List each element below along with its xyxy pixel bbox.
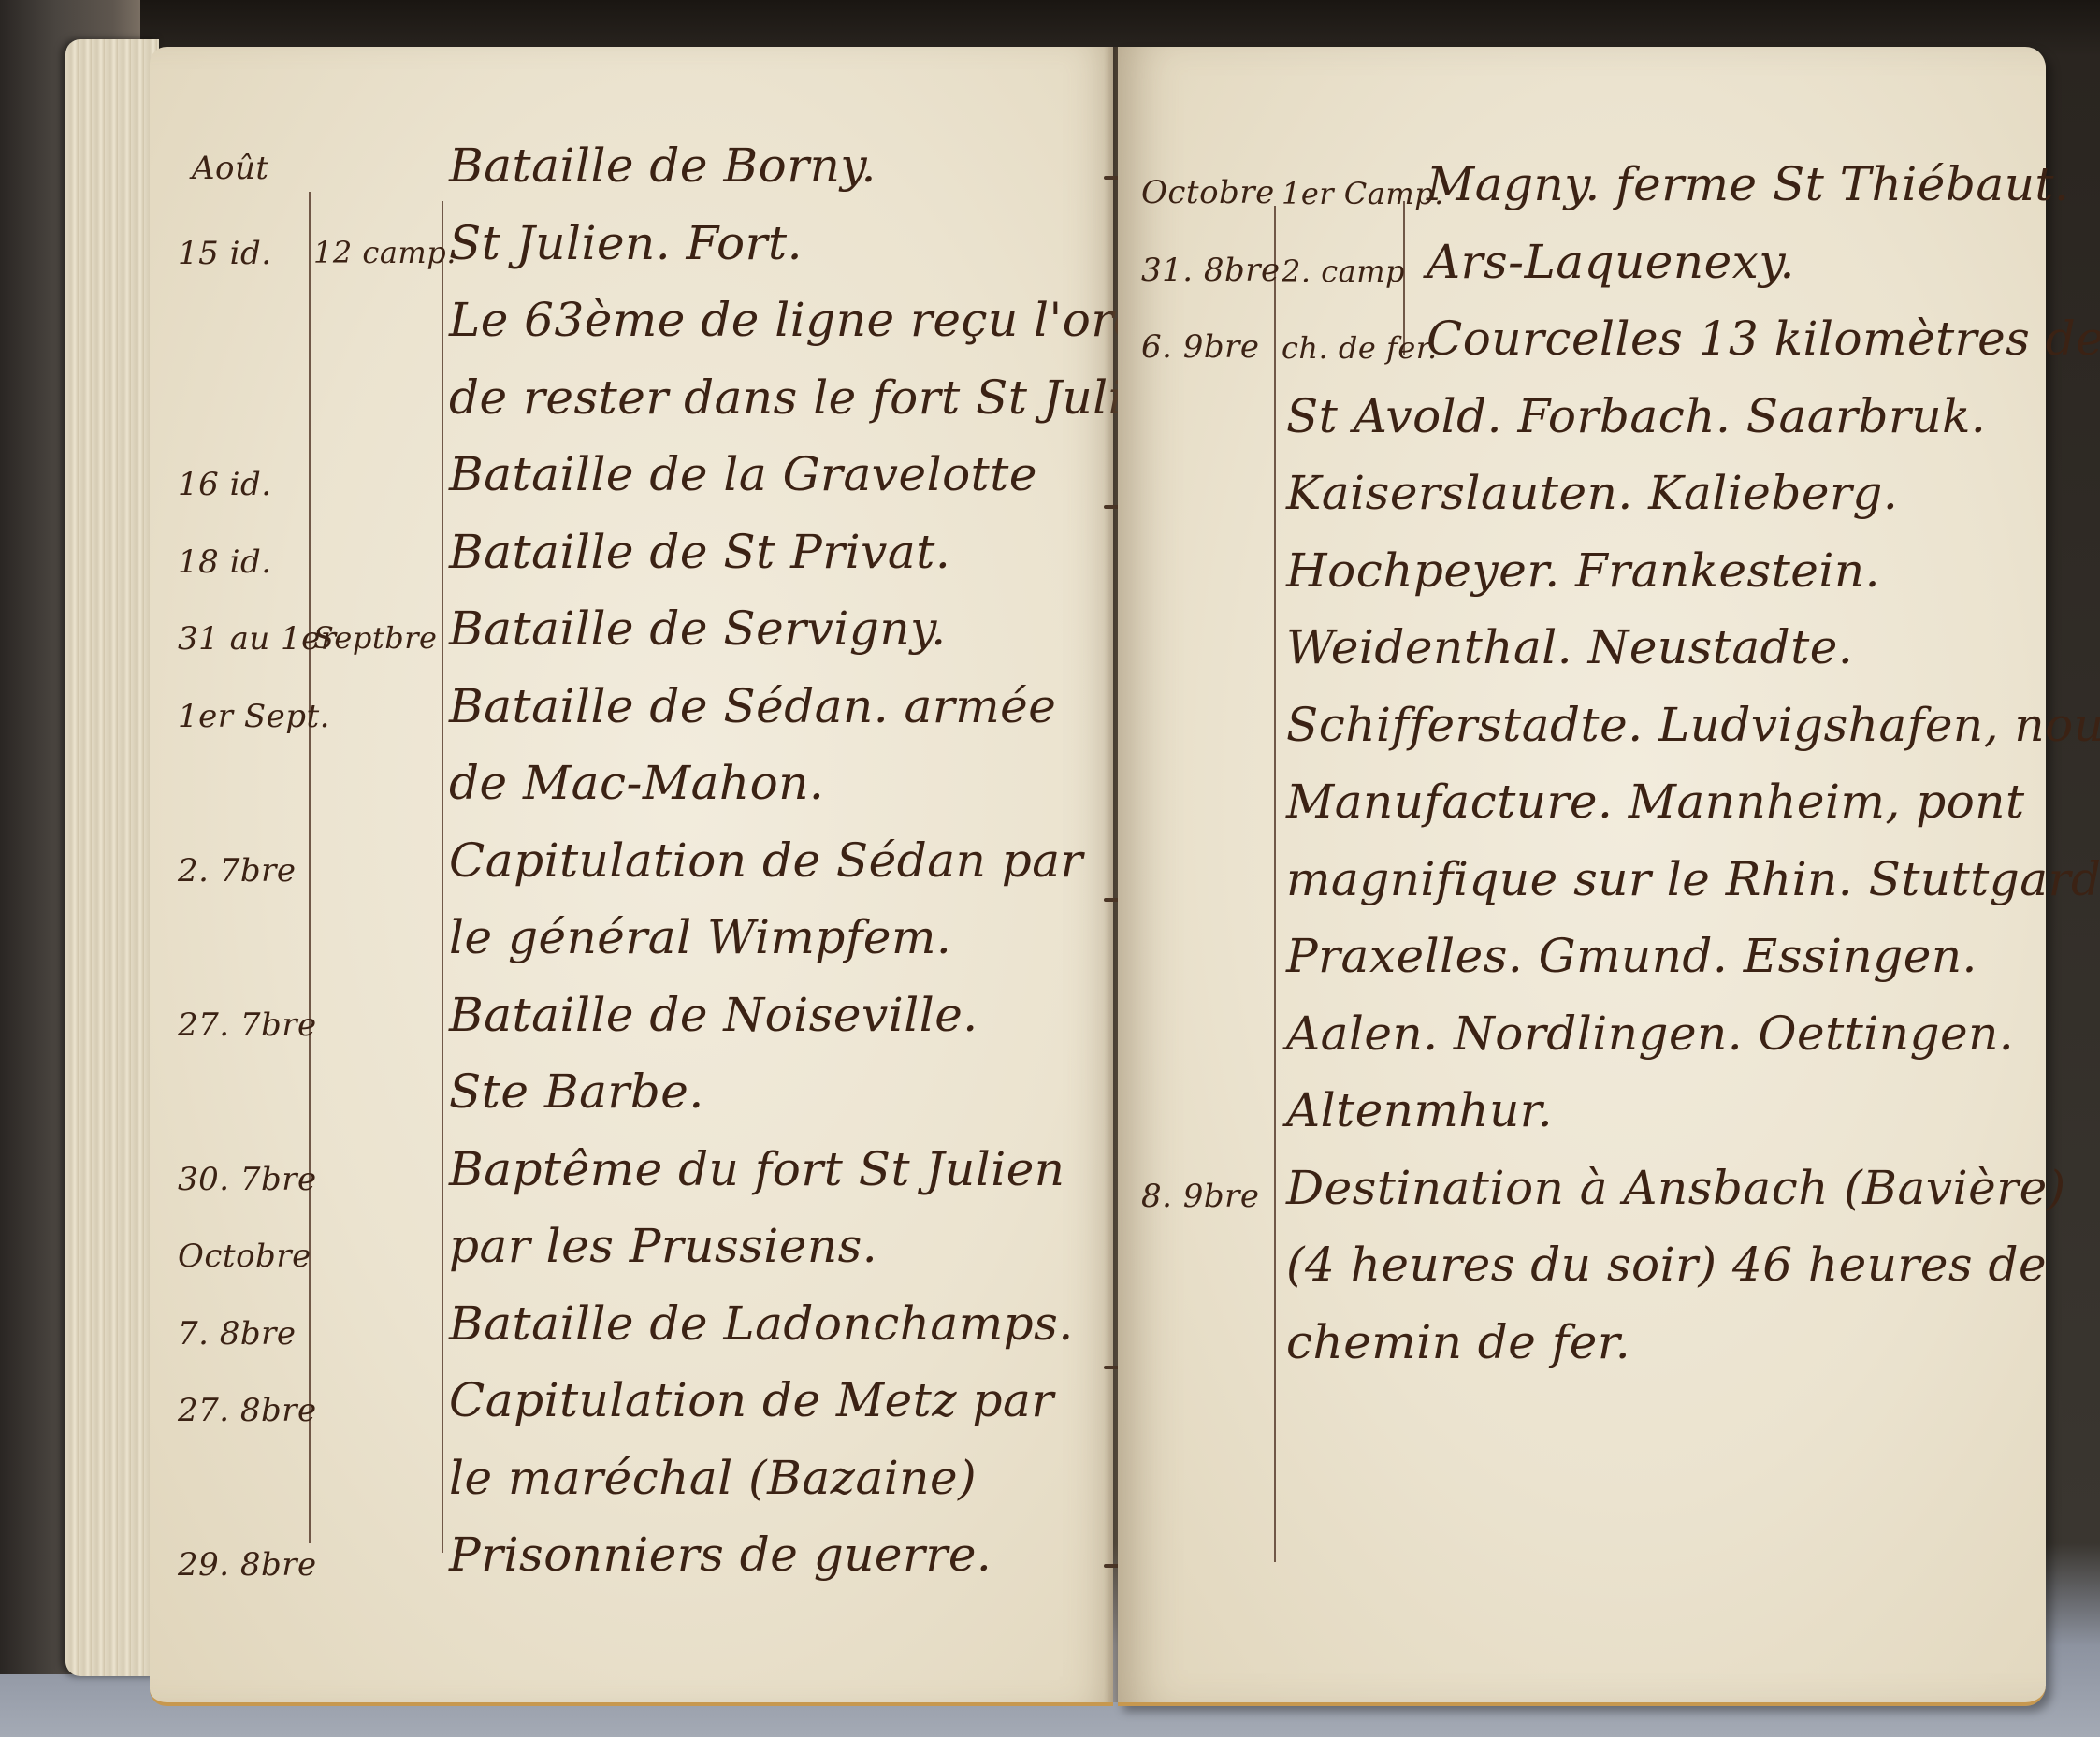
left-entry-text: le général Wimpfem. <box>449 910 951 964</box>
right-entry-text: Destination à Ansbach (Bavière) <box>1286 1161 2066 1215</box>
left-entry-text: Bataille de Ladonchamps. <box>449 1296 1074 1351</box>
left-entry-date: 16 id. <box>178 466 272 503</box>
left-entry-text: Bataille de Borny. <box>449 138 876 193</box>
right-entry-date: 6. 9bre <box>1141 328 1260 366</box>
left-entry-text: de rester dans le fort St Julien. <box>449 370 1197 425</box>
left-entry-date: Octobre <box>178 1238 311 1275</box>
right-entry-text: Weidenthal. Neustadte. <box>1286 620 1853 674</box>
right-entry-text: Manufacture. Mannheim, pont <box>1286 774 2025 829</box>
left-entry-text: Prisonniers de guerre. <box>449 1527 992 1582</box>
right-entry-text: Hochpeyer. Frankestein. <box>1286 543 1880 598</box>
left-entry-camp: Septbre <box>313 620 437 656</box>
right-entry-text: Altenmhur. <box>1286 1083 1553 1137</box>
right-entry-text: Magny. ferme St Thiébaut. <box>1427 157 2069 211</box>
left-entry-text: Capitulation de Metz par <box>449 1373 1054 1427</box>
left-entry-text: St Julien. Fort. <box>449 216 803 270</box>
right-entry-date: Octobre <box>1141 174 1275 211</box>
right-entry-text: Courcelles 13 kilomètres de Metz <box>1427 311 2100 366</box>
right-entry-text: St Avold. Forbach. Saarbruk. <box>1286 389 1986 443</box>
left-entry-text: Bataille de Sédan. armée <box>449 679 1056 733</box>
right-entry-text: chemin de fer. <box>1286 1315 1630 1369</box>
left-entry-date: 15 id. <box>178 235 272 272</box>
left-entry-text: le maréchal (Bazaine) <box>449 1451 977 1505</box>
left-entry-date: 2. 7bre <box>178 852 297 890</box>
right-entry-text: Praxelles. Gmund. Essingen. <box>1286 929 1977 983</box>
left-entry-text: Bataille de St Privat. <box>449 525 950 579</box>
right-entry-text: Aalen. Nordlingen. Oettingen. <box>1286 1006 2014 1061</box>
right-entry-camp: 1er Camp. <box>1282 176 1444 211</box>
left-entry-camp: 12 camp. <box>313 235 456 270</box>
right-entry-text: Kaiserslauten. Kalieberg. <box>1286 466 1898 520</box>
left-entry-text: Bataille de Noiseville. <box>449 988 978 1042</box>
left-camp-column-rule <box>442 201 443 1553</box>
left-entry-date: 29. 8bre <box>178 1546 317 1584</box>
right-entry-camp: ch. de fer. <box>1282 330 1438 366</box>
right-entry-text: Schifferstadte. Ludvigshafen, nouvelle <box>1286 698 2100 752</box>
left-entry-text: Bataille de Servigny. <box>449 601 947 656</box>
left-entry-text: Baptême du fort St Julien <box>449 1142 1065 1196</box>
right-entry-date: 8. 9bre <box>1141 1178 1260 1215</box>
left-entry-date: 1er Sept. <box>178 698 330 735</box>
left-entry-date: 27. 7bre <box>178 1006 317 1044</box>
right-entry-text: magnifique sur le Rhin. Stuttgardt. <box>1286 852 2100 906</box>
left-entry-text: Le 63ème de ligne reçu l'ordre <box>449 293 1195 347</box>
left-entry-date: 18 id. <box>178 543 272 581</box>
left-date-column-rule <box>309 192 311 1543</box>
page-edges-stack <box>65 39 159 1676</box>
left-entry-text: par les Prussiens. <box>449 1219 877 1273</box>
left-entry-text: Capitulation de Sédan par <box>449 833 1083 888</box>
right-date-column-rule <box>1274 206 1276 1562</box>
right-entry-camp: 2. camp <box>1282 253 1405 289</box>
left-entry-text: de Mac-Mahon. <box>449 756 824 810</box>
right-entry-text: Ars-Laquenexy. <box>1427 235 1795 289</box>
right-entry-date: 31. 8bre <box>1141 252 1281 289</box>
left-entry-date: 7. 8bre <box>178 1315 297 1353</box>
left-entry-text: Bataille de la Gravelotte <box>449 447 1037 501</box>
left-month-header: Août <box>192 150 269 187</box>
right-entry-text: (4 heures du soir) 46 heures de <box>1286 1238 2047 1292</box>
left-entry-text: Ste Barbe. <box>449 1064 704 1119</box>
left-entry-date: 27. 8bre <box>178 1392 317 1429</box>
left-entry-date: 30. 7bre <box>178 1161 317 1198</box>
